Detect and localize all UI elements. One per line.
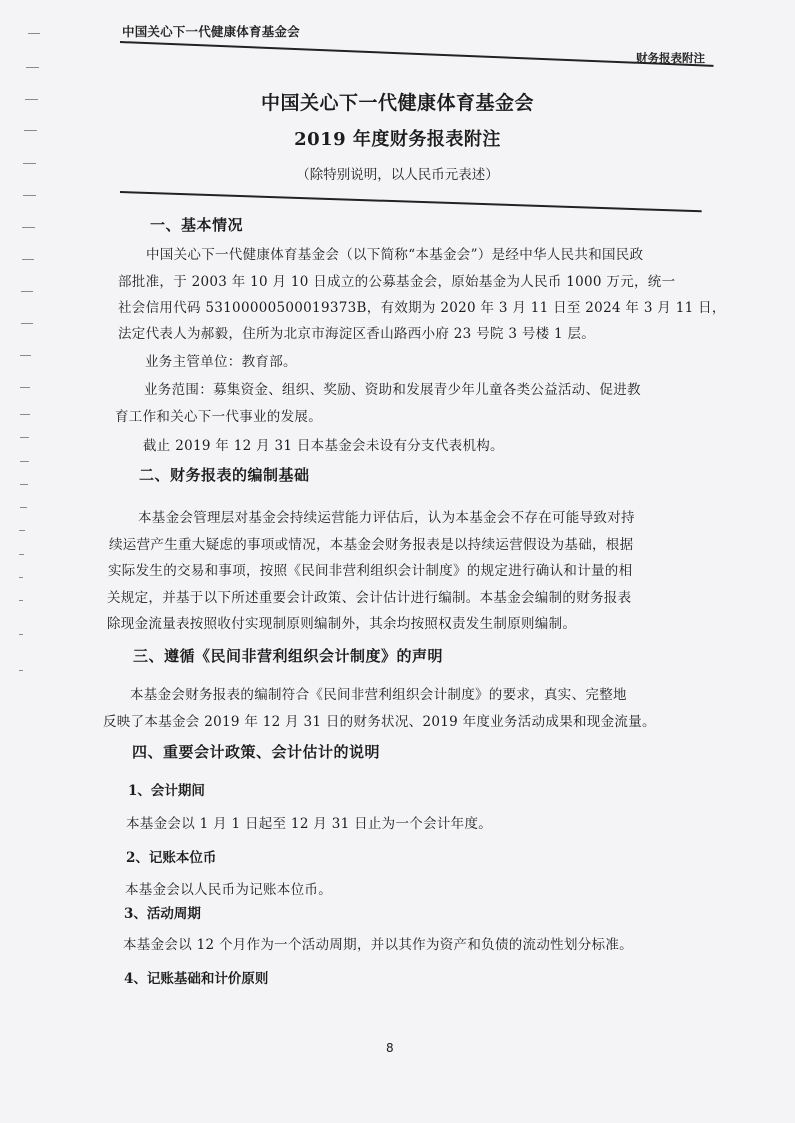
binding-mark	[20, 414, 30, 415]
paragraph-line: 部批准，于 2003 年 10 月 10 日成立的公募基金会，原始基金为人民币 …	[118, 270, 675, 290]
subsection-heading-accounting-basis: 4、记账基础和计价原则	[124, 967, 268, 987]
paragraph-line: 实际发生的交易和事项，按照《民间非营利组织会计制度》的规定进行确认和计量的相	[108, 559, 632, 579]
subsection-heading-functional-currency: 2、记账本位币	[126, 846, 216, 866]
binding-mark	[19, 670, 23, 671]
paragraph-line: 中国关心下一代健康体育基金会（以下简称“本基金会”）是经中华人民共和国民政	[146, 243, 643, 263]
paragraph-line: 法定代表人为郝毅，住所为北京市海淀区香山路西小府 23 号院 3 号楼 1 层。	[118, 322, 595, 342]
binding-mark	[19, 530, 25, 531]
binding-mark	[26, 67, 39, 68]
paragraph-line: 本基金会财务报表的编制符合《民间非营利组织会计制度》的要求，真实、完整地	[130, 683, 627, 703]
binding-mark	[21, 323, 33, 324]
section-heading-preparation-basis: 二、财务报表的编制基础	[139, 464, 310, 485]
subsection-heading-accounting-period: 1、会计期间	[128, 779, 205, 799]
currency-note: （除特别说明，以人民币元表述）	[0, 163, 795, 183]
section-heading-compliance-statement: 三、遵循《民间非营利组织会计制度》的声明	[133, 645, 443, 666]
binding-mark	[20, 507, 27, 508]
binding-mark	[21, 291, 33, 292]
subsection-heading-activity-cycle: 3、活动周期	[124, 902, 201, 922]
paragraph-line: 育工作和关心下一代事业的发展。	[115, 405, 322, 425]
paragraph-line: 反映了本基金会 2019 年 12 月 31 日的财务状况、2019 年度业务活…	[103, 710, 656, 730]
binding-mark	[20, 355, 31, 356]
document-subtitle-year: 2019 年度财务报表附注	[0, 125, 795, 151]
paragraph-line: 业务主管单位：教育部。	[145, 350, 297, 370]
binding-mark	[19, 634, 23, 635]
binding-mark	[19, 554, 24, 555]
binding-mark	[20, 484, 28, 485]
paragraph-line: 本基金会以 1 月 1 日起至 12 月 31 日止为一个会计年度。	[126, 812, 492, 832]
binding-mark	[23, 195, 36, 196]
paragraph-line: 续运营产生重大疑虑的事项或情况，本基金会财务报表是以持续运营假设为基础，根据	[109, 533, 633, 553]
paragraph-line: 本基金会管理层对基金会持续运营能力评估后，认为本基金会不存在可能导致对持	[138, 506, 635, 526]
binding-mark	[19, 577, 23, 578]
binding-mark	[22, 259, 34, 260]
document-title: 中国关心下一代健康体育基金会	[0, 88, 795, 115]
section-heading-basic-info: 一、基本情况	[150, 214, 243, 235]
binding-mark	[20, 461, 29, 462]
running-header-org: 中国关心下一代健康体育基金会	[122, 22, 300, 40]
paragraph-line: 关规定，并基于以下所述重要会计政策、会计估计进行编制。本基金会编制的财务报表	[107, 586, 631, 606]
paragraph-line: 本基金会以人民币为记账本位币。	[125, 878, 332, 898]
document-page: 中国关心下一代健康体育基金会 财务报表附注 中国关心下一代健康体育基金会 201…	[0, 0, 795, 1123]
paragraph-line: 社会信用代码 53100000500019373B，有效期为 2020 年 3 …	[118, 296, 726, 316]
section-heading-accounting-policies: 四、重要会计政策、会计估计的说明	[132, 741, 380, 762]
binding-mark	[28, 33, 40, 34]
page-number: 8	[386, 1041, 394, 1055]
title-rule	[120, 191, 702, 212]
paragraph-line: 业务范围：募集资金、组织、奖励、资助和发展青少年儿童各类公益活动、促进教	[144, 378, 641, 398]
binding-mark	[19, 600, 23, 601]
paragraph-line: 本基金会以 12 个月作为一个活动周期，并以其作为资产和负债的流动性划分标准。	[123, 933, 633, 953]
running-header-section: 财务报表附注	[636, 50, 705, 66]
binding-mark	[22, 227, 35, 228]
paragraph-line: 截止 2019 年 12 月 31 日本基金会未设有分支代表机构。	[143, 434, 504, 454]
paragraph-line: 除现金流量表按照收付实现制原则编制外，其余均按照权责发生制原则编制。	[107, 612, 576, 632]
binding-mark	[20, 387, 30, 388]
binding-mark	[20, 437, 29, 438]
header-rule	[120, 41, 714, 66]
